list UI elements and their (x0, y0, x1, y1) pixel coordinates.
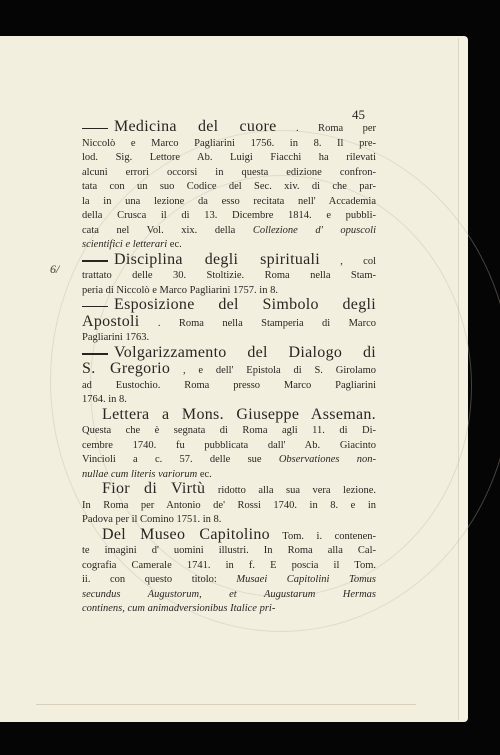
italic-citation: nullae cum literis variorum (82, 469, 197, 480)
em-dash-rule (82, 128, 108, 130)
text-line: la in una lezione da esso recitata nell'… (82, 195, 376, 210)
bibliography-entry: Volgarizzamento del Dialogo diS. Gregori… (82, 346, 376, 408)
entry-title: Medicina del cuore (114, 118, 277, 135)
plate-mark (36, 704, 416, 705)
bibliography-entry: Medicina del cuore . Roma perNiccolò e M… (82, 120, 376, 253)
entry-title: Esposizione del Simbolo degli (114, 296, 376, 313)
text-line: Disciplina degli spirituali , col (82, 253, 376, 270)
text-line: Fior di Virtù ridotto alla sua vera lezi… (82, 482, 376, 499)
text-line: Del Museo Capitolino Tom. i. contenen- (82, 528, 376, 545)
entry-title: Fior di Virtù (102, 480, 205, 497)
bibliography-entry: Del Museo Capitolino Tom. i. contenen-te… (82, 528, 376, 617)
bibliography-entry: Esposizione del Simbolo degliApostoli . … (82, 298, 376, 346)
text-line: Medicina del cuore . Roma per (82, 120, 376, 137)
text-line: cata nel Vol. xix. della Collezione d' o… (82, 224, 376, 239)
entry-title: Volgarizzamento del Dialogo di (114, 344, 376, 361)
italic-citation: Musaei Capitolini Tomus (236, 574, 376, 585)
text-line: cografia Camerale 1741. in f. E poscia i… (82, 559, 376, 574)
text-line: Lettera a Mons. Giuseppe Asseman. (82, 408, 376, 425)
entry-title: S. Gregorio (82, 360, 170, 377)
italic-citation: continens, cum animadversionibus Italice… (82, 603, 275, 614)
bibliography-entry: Disciplina degli spirituali , coltrattat… (82, 253, 376, 299)
italic-citation: Collezione d' opuscoli (253, 225, 376, 236)
em-dash-rule (82, 353, 108, 355)
text-line: te imagini d' uomini illustri. In Roma a… (82, 544, 376, 559)
text-line: lod. Sig. Lettore Ab. Luigi Fiacchi ha r… (82, 151, 376, 166)
text-line: alcuni errori occorsi in questa edizione… (82, 166, 376, 181)
bibliography-entry: Fior di Virtù ridotto alla sua vera lezi… (82, 482, 376, 528)
text-line: ii. con questo titolo: Musaei Capitolini… (82, 573, 376, 588)
entry-title: Del Museo Capitolino (102, 526, 270, 543)
entry-title: Disciplina degli spirituali (114, 251, 320, 268)
text-line: ad Eustochio. Roma presso Marco Pagliari… (82, 379, 376, 394)
page-body-text: Medicina del cuore . Roma perNiccolò e M… (82, 120, 376, 617)
text-line: continens, cum animadversionibus Italice… (82, 602, 376, 617)
text-line: secundus Augustorum, et Augustarum Herma… (82, 588, 376, 603)
text-line: della Crusca il dì 13. Dicembre 1814. e … (82, 209, 376, 224)
text-line: Vincioli a c. 57. delle sue Observatione… (82, 453, 376, 468)
text-line: tata con un suo Codice del Sec. xiv. di … (82, 180, 376, 195)
entry-title: Apostoli (82, 313, 140, 330)
entry-title: Lettera a Mons. Giuseppe Asseman. (102, 406, 376, 423)
italic-citation: secundus Augustorum, et Augustarum Herma… (82, 589, 376, 600)
text-line: Niccolò e Marco Pagliarini 1756. in 8. I… (82, 137, 376, 152)
text-line: S. Gregorio , e dell' Epistola di S. Gir… (82, 362, 376, 379)
em-dash-rule (82, 260, 108, 262)
text-line: trattato delle 30. Stoltizie. Roma nella… (82, 269, 376, 284)
text-line: In Roma per Antonio de' Rossi 1740. in 8… (82, 499, 376, 514)
italic-citation: Observationes non- (279, 454, 376, 465)
em-dash-rule (82, 306, 108, 308)
text-line: cembre 1740. fu pubblicata dall' Ab. Gia… (82, 439, 376, 454)
handwritten-margin-note: 6/ (50, 262, 59, 277)
text-line: Apostoli . Roma nella Stamperia di Marco (82, 315, 376, 332)
italic-citation: scientifici e letterari (82, 239, 167, 250)
bibliography-entry: Lettera a Mons. Giuseppe Asseman.Questa … (82, 408, 376, 483)
text-line: Questa che è segnata di Roma agli 11. di… (82, 424, 376, 439)
